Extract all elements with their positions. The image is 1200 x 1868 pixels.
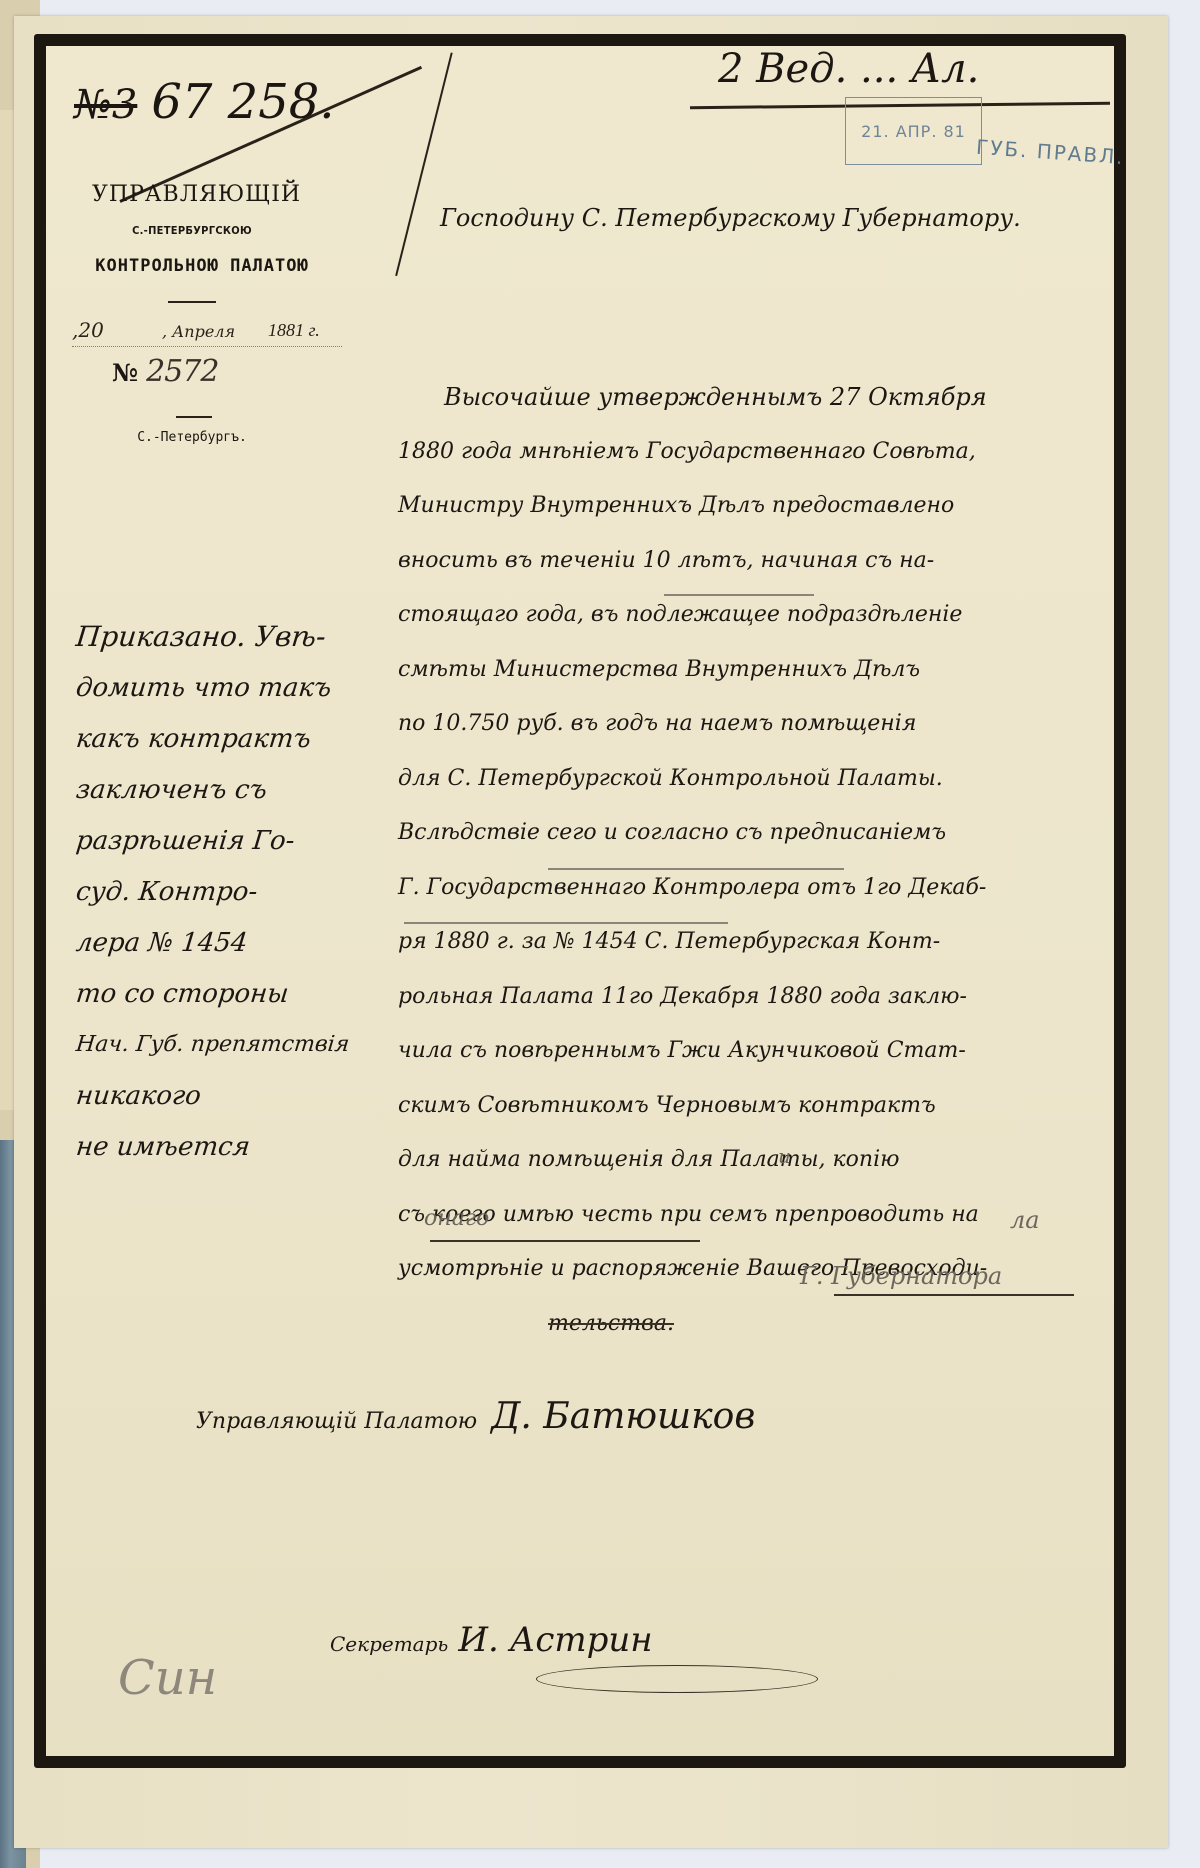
margin-line: суд. Контро- [73,867,398,918]
margin-line: разрѣшенія Го- [73,816,398,867]
margin-line: не имѣется [73,1122,398,1173]
addressee: Господину С. Петербургскому Губернатору. [440,204,1021,232]
letterhead-date: ,20 , Апреля 1881 г. [72,318,342,347]
pencil-underline [404,922,728,924]
body-line-struck: тельства. [398,1297,1098,1352]
pencil-underline [664,594,814,596]
body-line: смѣты Министерства Внутреннихъ Дѣлъ [398,643,1098,698]
registry-number-struck: №3 [74,82,137,128]
margin-line: домить что такъ [73,663,398,714]
strikethrough [430,1240,700,1242]
margin-line: лера № 1454 [73,918,398,969]
pencil-mark: Син [118,1650,217,1706]
top-right-note: 2 Вед. ... Ал. [718,46,979,92]
body-line: чила съ повѣреннымъ Гжи Акунчиковой Стат… [398,1024,1098,1079]
body-line: Министру Внутреннихъ Дѣлъ предоставлено [398,479,1098,534]
signature-name: Д. Батюшков [491,1396,755,1437]
signature-flourish [536,1665,818,1693]
date-year: 1881 г. [268,320,320,341]
date-month: , Апреля [162,322,235,341]
letterhead-department: КОНТРОЛЬНОЮ ПАЛАТОЮ [72,256,332,276]
body-line: вносить въ теченіи 10 лѣтъ, начиная съ н… [398,534,1098,589]
body-line: стоящаго года, въ подлежащее подраздѣлен… [398,588,1098,643]
body-line: рольная Палата 11го Декабря 1880 года за… [398,970,1098,1025]
receipt-stamp: 21. АПР. 81 [845,97,982,165]
pencil-underline [548,868,844,870]
flourish-divider [168,301,216,303]
outgoing-number: №2572 [112,354,218,389]
body-line: Вслѣдствіе сего и согласно съ предписані… [398,806,1098,861]
margin-line: какъ контрактъ [73,714,398,765]
body-line: скимъ Совѣтникомъ Черновымъ контрактъ [398,1079,1098,1134]
correction-pencil: ла [1010,1206,1040,1234]
letterhead-title: УПРАВЛЯЮЩІЙ [92,182,292,207]
margin-line: Приказано. Увѣ- [73,612,398,663]
margin-line: то со стороны [73,969,398,1020]
letter-body: Высочайше утвержденнымъ 27 Октября 1880 … [398,370,1098,1351]
body-line: Высочайше утвержденнымъ 27 Октября [398,370,1098,425]
letterhead-place: С.-Петербургъ. [92,430,292,445]
secretary-title: Секретарь [330,1632,448,1656]
margin-line: никакого [73,1071,398,1122]
letterhead-city: С.-ПЕТЕРБУРГСКОЮ [92,224,292,237]
body-line: 1880 года мнѣніемъ Государственнаго Совѣ… [398,425,1098,480]
body-line: по 10.750 руб. въ годъ на наемъ помѣщені… [398,697,1098,752]
margin-resolution: Приказано. Увѣ- домить что такъ какъ кон… [76,612,396,1173]
margin-line: Нач. Губ. препятствія [73,1020,398,1071]
correction-pencil: и [778,1144,791,1168]
number-symbol: № [112,358,138,387]
correction-pencil: онаго [424,1206,489,1231]
number-value: 2572 [146,354,218,389]
flourish-divider-small [176,416,212,418]
manager-signature: Управляющій ПалатоюД. Батюшков [196,1396,755,1437]
margin-line: заключенъ съ [73,765,398,816]
registry-number-current: 67 258. [151,74,334,130]
secretary-name: И. Астрин [458,1620,652,1660]
signature-title: Управляющій Палатою [196,1409,477,1434]
date-day: ,20 [72,318,104,342]
strikethrough [834,1294,1074,1296]
body-line: для С. Петербургской Контрольной Палаты. [398,752,1098,807]
secretary-signature: СекретарьИ. Астрин [330,1620,653,1660]
body-line-struck: съ коего имѣю честь при семъ препроводит… [398,1188,1098,1243]
correction-pencil: Г. Губернатора [800,1262,1002,1290]
body-line: для найма помѣщенія для Палаты, копію [398,1133,1098,1188]
